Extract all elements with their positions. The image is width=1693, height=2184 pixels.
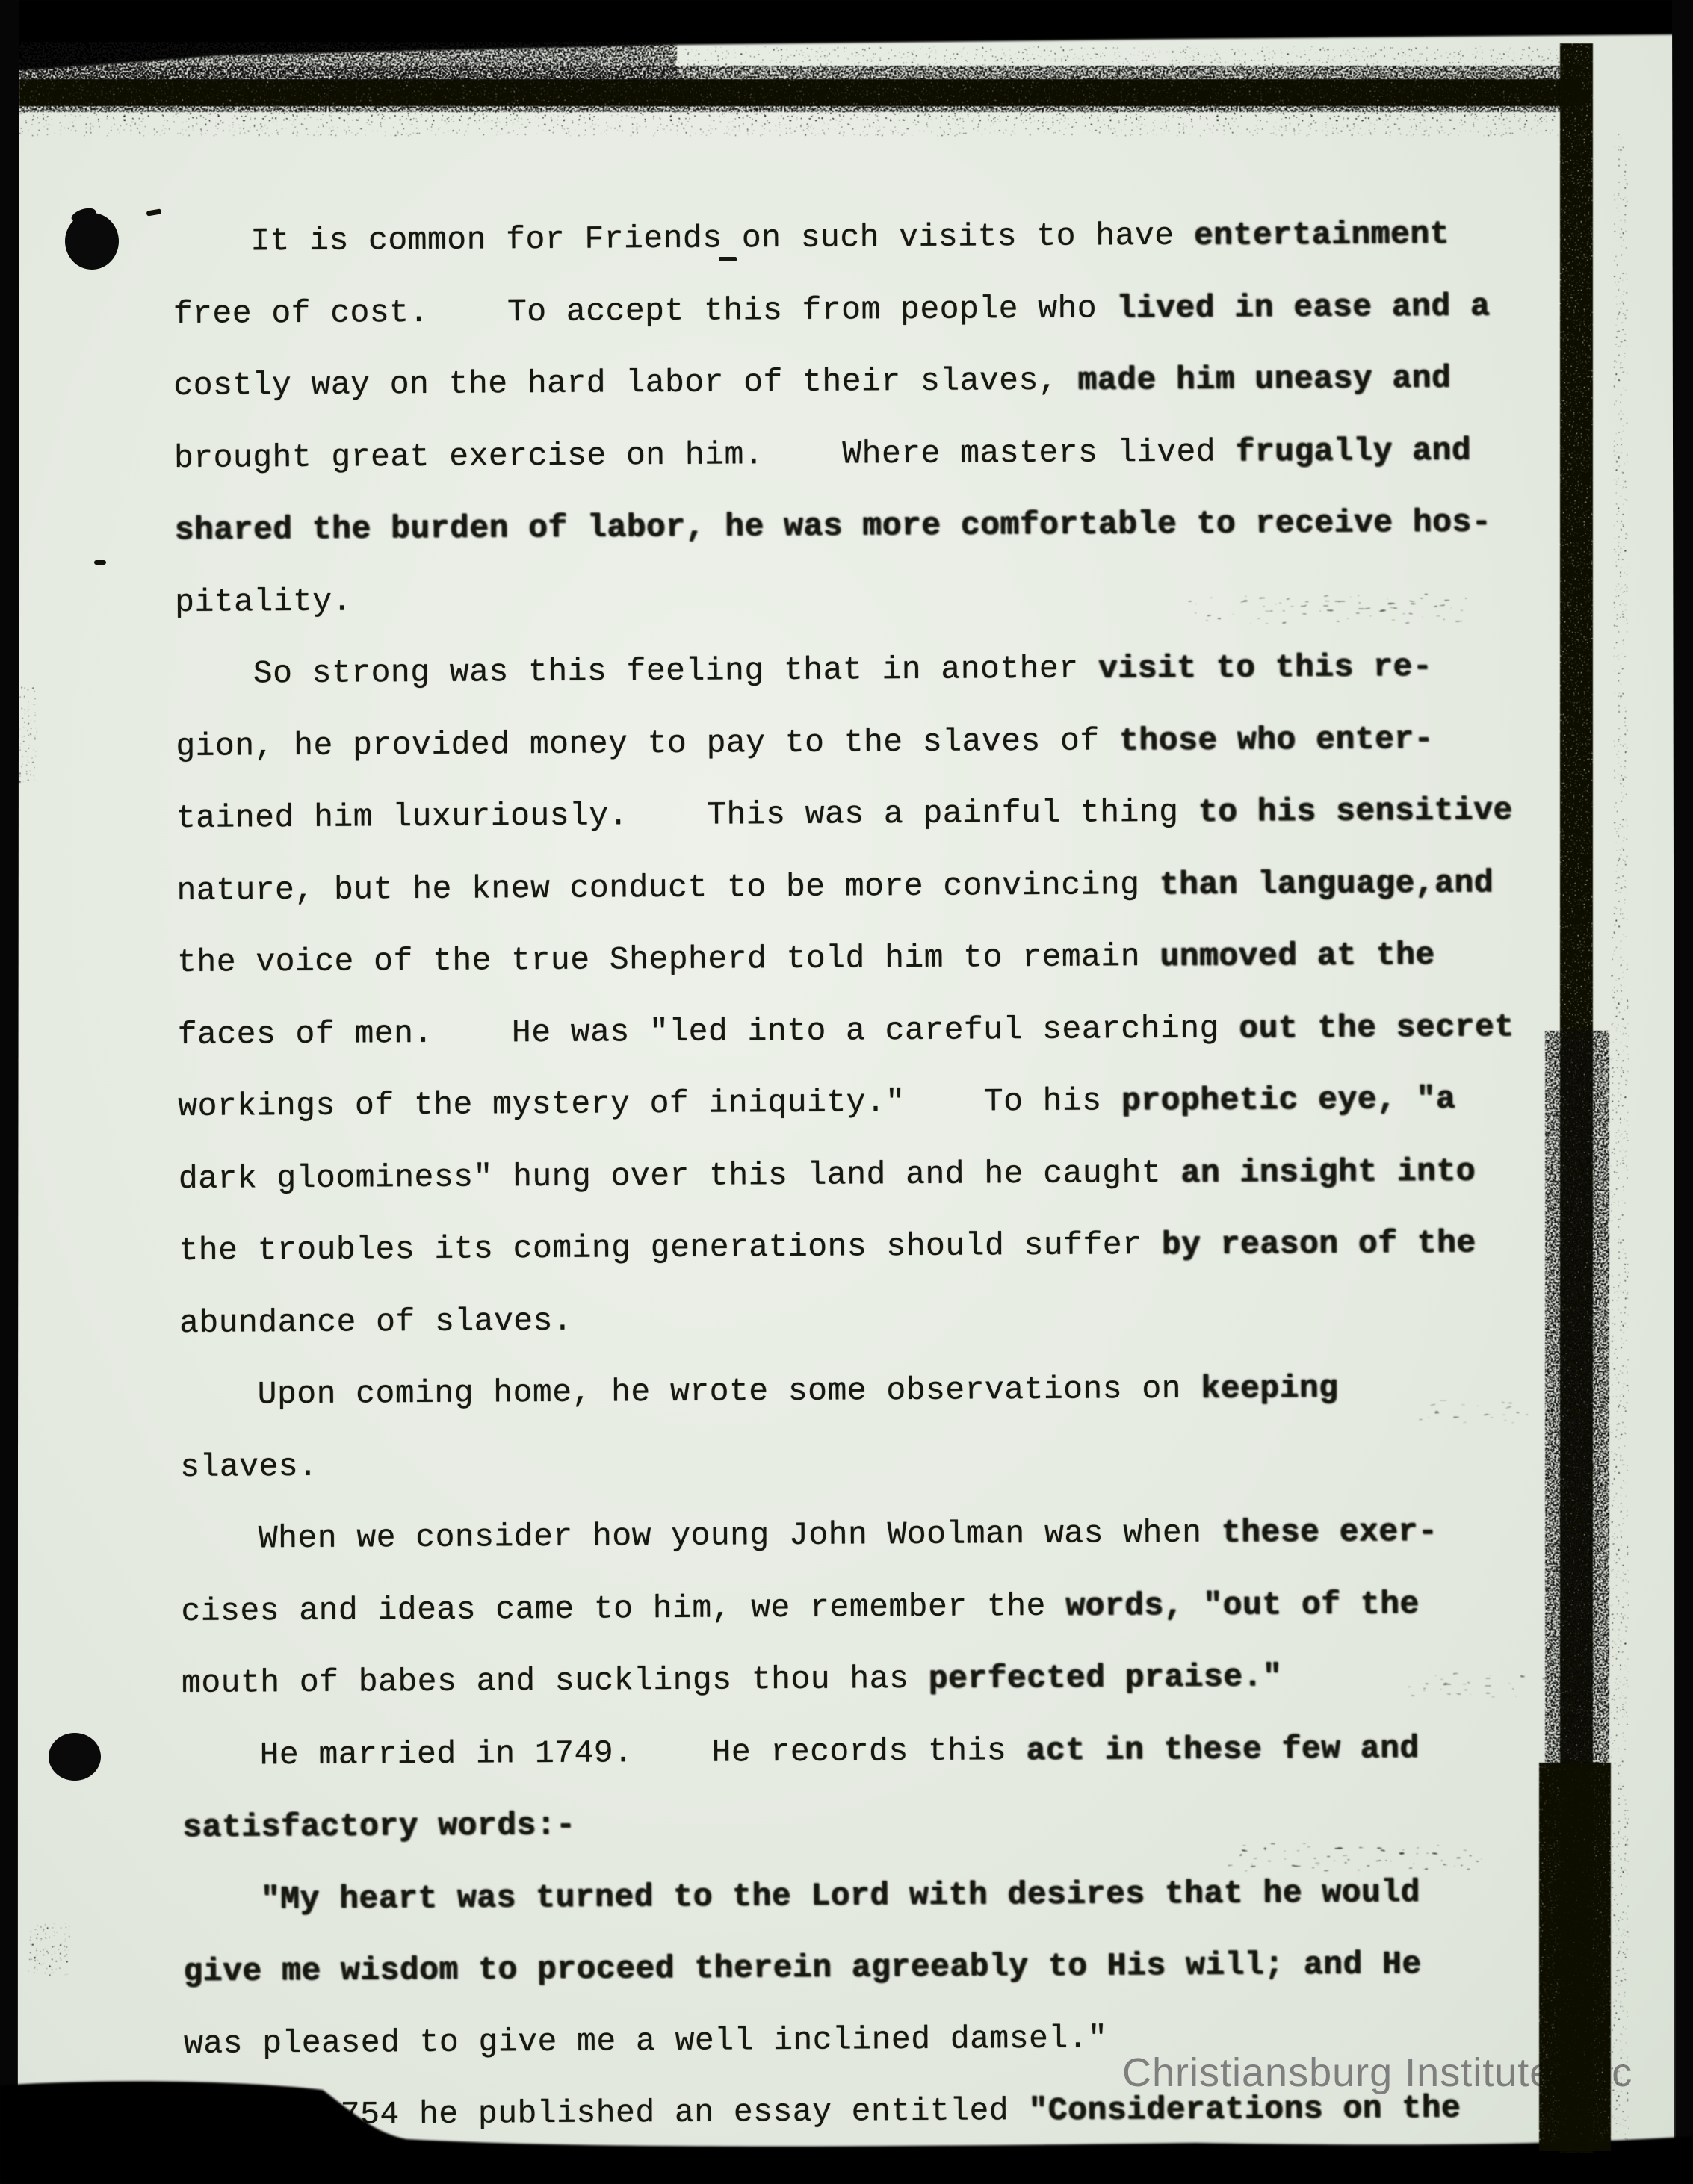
text-line: brought great exercise on him. Where mas… [174,414,1609,494]
text-line: abundance of slaves. [179,1279,1615,1359]
text-segment: slaves. [180,1448,318,1485]
text-segment: these exer- [1222,1513,1438,1551]
text-segment: When we consider how young John Woolman … [259,1514,1222,1557]
text-segment: He married in 1749. He records this [260,1732,1027,1773]
text-segment: tained him luxuriously. This was a painf… [176,794,1198,837]
text-segment: act in these few and [1026,1729,1419,1768]
text-segment: Upon coming home, he wrote some observat… [258,1371,1201,1413]
text-line: dark gloominess" hung over this land and… [179,1135,1614,1215]
text-segment: lived in ease and a [1116,288,1490,326]
text-segment: So strong was this feeling that in anoth… [253,650,1098,692]
text-segment: abundance of slaves. [179,1302,572,1341]
text-line: costly way on the hard labor of their sl… [173,341,1609,422]
text-segment: unmoved at the [1160,937,1435,975]
text-segment: brought great exercise on him. Where mas… [174,433,1236,477]
text-segment: gion, he provided money to pay to the sl… [176,722,1119,765]
text-line: mouth of babes and sucklings thou has pe… [182,1639,1617,1719]
left-black-border [0,0,19,2184]
text-line: shared the burden of labor, he was more … [174,485,1609,566]
text-line: workings of the mystery of iniquity." To… [178,1062,1613,1143]
text-segment: perfected praise." [928,1658,1282,1697]
text-segment: shared the burden of labor, he was more … [174,503,1491,548]
text-segment: workings of the mystery of iniquity." To… [178,1082,1121,1125]
text-segment: was pleased to give me a well inclined d… [184,2020,1108,2062]
text-line: Upon coming home, he wrote some observat… [179,1350,1615,1431]
text-segment: cises and ideas came to him, we remember… [181,1587,1065,1629]
text-line: faces of men. He was "led into a careful… [177,990,1612,1071]
text-line: It is common for Friends on such visits … [173,197,1608,278]
text-line: "My heart was turned to the Lord with de… [183,1855,1618,1936]
text-line: give me wisdom to proceed therein agreea… [183,1927,1618,2008]
text-segment: entertainment [1194,216,1449,254]
text-segment: made him uneasy and [1077,360,1451,399]
text-segment: faces of men. He was "led into a careful… [178,1010,1239,1053]
text-segment: pitality. [175,583,352,620]
text-line: free of cost. To accept this from people… [173,270,1609,350]
watermark: Christiansburg Institute, Inc [1122,2050,1632,2096]
text-segment: dark gloominess" hung over this land and… [179,1154,1181,1197]
text-line: cises and ideas came to him, we remember… [181,1567,1616,1648]
text-line: nature, but he knew conduct to be more c… [176,846,1612,927]
text-segment: free of cost. To accept this from people… [173,290,1117,332]
text-line: gion, he provided money to pay to the sl… [176,702,1611,783]
text-segment: frugally and [1235,432,1471,470]
text-line: He married in 1749. He records this act … [182,1711,1617,1792]
text-segment: by reason of the [1162,1224,1476,1263]
right-black-border [1672,0,1693,2184]
text-line: slaves. [180,1423,1615,1504]
text-line: So strong was this feeling that in anoth… [176,630,1611,710]
text-segment: than language,and [1160,864,1494,903]
text-segment: "My heart was turned to the Lord with de… [261,1873,1420,1917]
text-segment: visit to this re- [1098,648,1432,687]
text-segment: the troubles its coming generations shou… [179,1226,1161,1269]
text-line: When we consider how young John Woolman … [181,1495,1616,1575]
text-segment: give me wisdom to proceed therein agreea… [183,1946,1421,1990]
text-line: tained him luxuriously. This was a painf… [176,774,1612,854]
text-segment: It is common for Friends on such visits … [250,217,1194,260]
text-segment: words, "out of the [1065,1585,1420,1624]
text-segment: In 1754 he published an essay entitled [261,2092,1028,2133]
text-segment: an insight into [1180,1153,1476,1191]
scanned-document-view: It is common for Friends on such visits … [0,0,1693,2184]
text-segment: mouth of babes and sucklings thou has [182,1660,929,1701]
text-segment: the voice of the true Shepherd told him … [177,938,1160,981]
text-segment: out the secret [1239,1008,1514,1046]
text-segment: those who enter- [1119,720,1434,759]
text-segment: prophetic eye, "a [1121,1081,1455,1120]
typewritten-text-block: It is common for Friends on such visits … [173,197,1619,2152]
text-line: the troubles its coming generations shou… [179,1206,1614,1287]
text-segment: costly way on the hard labor of their sl… [173,362,1077,404]
text-line: the voice of the true Shepherd told him … [177,918,1612,999]
text-line: pitality. [175,558,1610,639]
text-segment: keeping [1201,1369,1338,1406]
text-line: satisfactory words:- [182,1783,1618,1864]
text-segment: nature, but he knew conduct to be more c… [176,866,1159,908]
text-segment: to his sensitive [1198,792,1513,831]
text-segment: satisfactory words:- [182,1807,575,1846]
